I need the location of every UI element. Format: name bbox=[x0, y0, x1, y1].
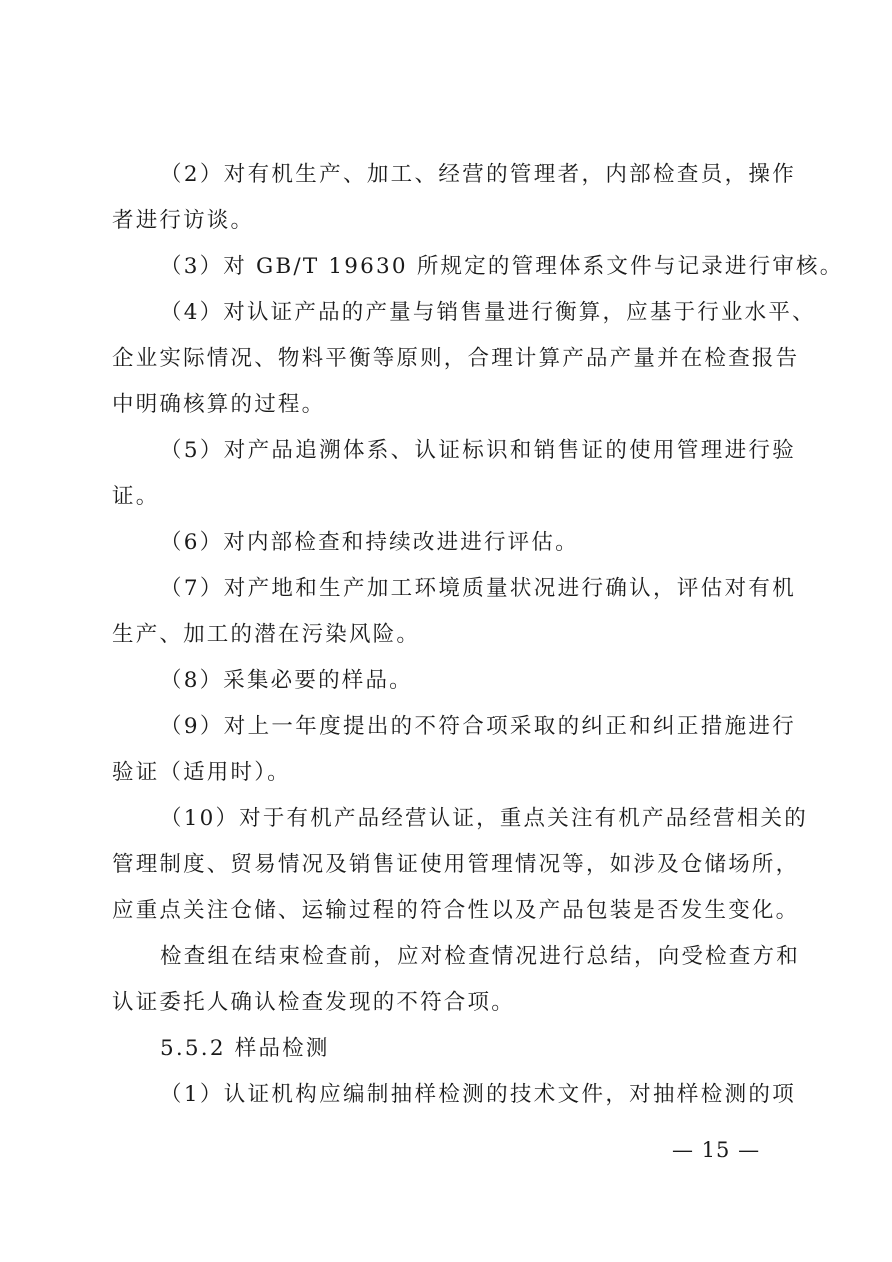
paragraph-line: （4）对认证产品的产量与销售量进行衡算，应基于行业水平、 bbox=[160, 298, 796, 328]
paragraph-line: 应重点关注仓储、运输过程的符合性以及产品包装是否发生变化。 bbox=[112, 896, 796, 926]
paragraph-line: （10）对于有机产品经营认证，重点关注有机产品经营相关的 bbox=[160, 804, 796, 834]
paragraph-line: 者进行访谈。 bbox=[112, 206, 796, 236]
page-number: — 15 — bbox=[672, 1136, 760, 1164]
paragraph-line: （1）认证机构应编制抽样检测的技术文件，对抽样检测的项 bbox=[160, 1080, 796, 1110]
paragraph-line: 证。 bbox=[112, 482, 796, 512]
paragraph-line: 中明确核算的过程。 bbox=[112, 390, 796, 420]
paragraph-line: （8）采集必要的样品。 bbox=[160, 666, 796, 696]
paragraph-line: 管理制度、贸易情况及销售证使用管理情况等，如涉及仓储场所， bbox=[112, 850, 796, 880]
paragraph-line: （2）对有机生产、加工、经营的管理者，内部检查员，操作 bbox=[160, 160, 796, 190]
paragraph-line: （7）对产地和生产加工环境质量状况进行确认，评估对有机 bbox=[160, 574, 796, 604]
paragraph-line: 企业实际情况、物料平衡等原则，合理计算产品产量并在检查报告 bbox=[112, 344, 796, 374]
paragraph-line: （3）对 GB/T 19630 所规定的管理体系文件与记录进行审核。 bbox=[160, 252, 796, 282]
paragraph-line: 认证委托人确认检查发现的不符合项。 bbox=[112, 988, 796, 1018]
section-heading: 5.5.2 样品检测 bbox=[160, 1034, 796, 1064]
paragraph-line: 生产、加工的潜在污染风险。 bbox=[112, 620, 796, 650]
paragraph-line: （9）对上一年度提出的不符合项采取的纠正和纠正措施进行 bbox=[160, 712, 796, 742]
paragraph-line: 检查组在结束检查前，应对检查情况进行总结，向受检查方和 bbox=[160, 942, 796, 972]
paragraph-line: （5）对产品追溯体系、认证标识和销售证的使用管理进行验 bbox=[160, 436, 796, 466]
paragraph-line: 验证（适用时）。 bbox=[112, 758, 796, 788]
paragraph-line: （6）对内部检查和持续改进进行评估。 bbox=[160, 528, 796, 558]
